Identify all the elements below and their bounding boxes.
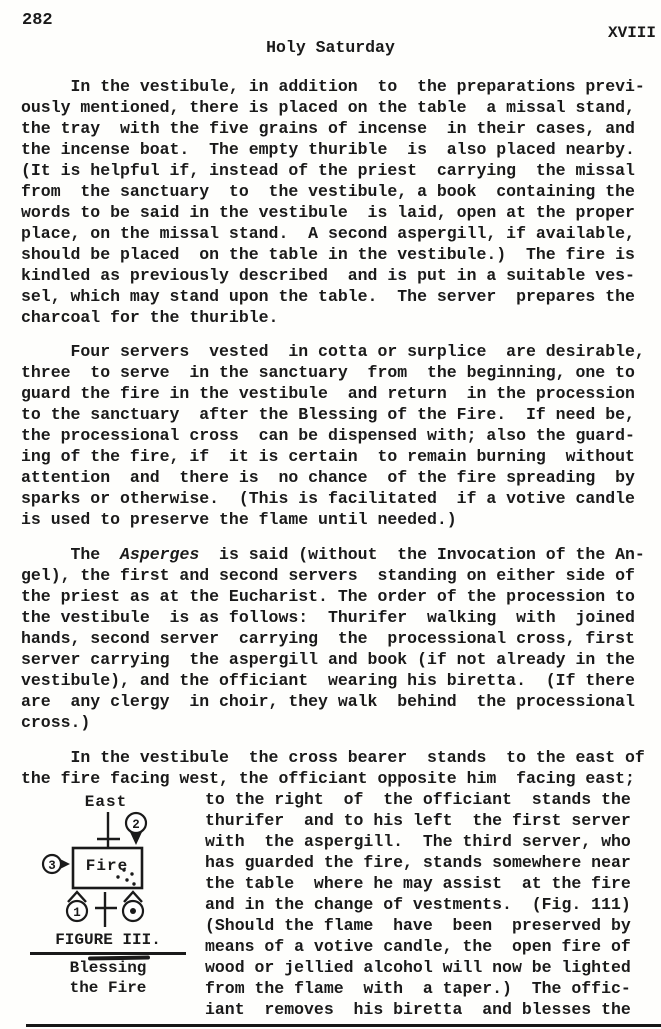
- officiant-cross-icon: [95, 892, 117, 927]
- svg-text:3: 3: [48, 859, 56, 873]
- asperges-italic-word: Asperges: [120, 545, 199, 564]
- page-title: Holy Saturday: [0, 37, 661, 58]
- paragraph-vestibule-wide: In the vestibule the cross bearer stands…: [21, 747, 645, 789]
- paragraph-servers: Four servers vested in cotta or surplice…: [21, 341, 645, 530]
- figure-blessing-diagram: East 2 3 Fire 1: [35, 786, 155, 931]
- fire-label: Fire: [86, 857, 128, 875]
- paragraph-preparations: In the vestibule, in addition to the pre…: [21, 76, 645, 328]
- figure-caption-subtitle-1: Blessing: [30, 958, 186, 978]
- asperges-body: gel), the first and second servers stand…: [21, 566, 635, 732]
- svg-text:2: 2: [132, 818, 140, 832]
- page-bottom-rule: [26, 1024, 661, 1027]
- asperges-line1-rest: is said (without the Invocation of the A…: [199, 545, 645, 564]
- paragraph-asperges: The Asperges is said (without the Invoca…: [21, 544, 645, 733]
- figure-caption: FIGURE III. Blessing the Fire: [30, 930, 186, 998]
- cross-bearer-marker: 2: [126, 813, 146, 845]
- page-number: 282: [22, 10, 53, 31]
- svg-text:1: 1: [73, 906, 81, 920]
- east-label: East: [85, 793, 127, 811]
- paragraph-vestibule-narrow: to the right of the officiant stands the…: [205, 789, 631, 1020]
- thurifer-marker: [123, 892, 143, 921]
- first-server-marker: 1: [67, 892, 87, 921]
- figure-caption-title: FIGURE III.: [30, 930, 186, 955]
- figure-caption-subtitle-2: the Fire: [30, 978, 186, 998]
- asperges-lead: The: [21, 545, 120, 564]
- third-server-marker: 3: [43, 855, 70, 873]
